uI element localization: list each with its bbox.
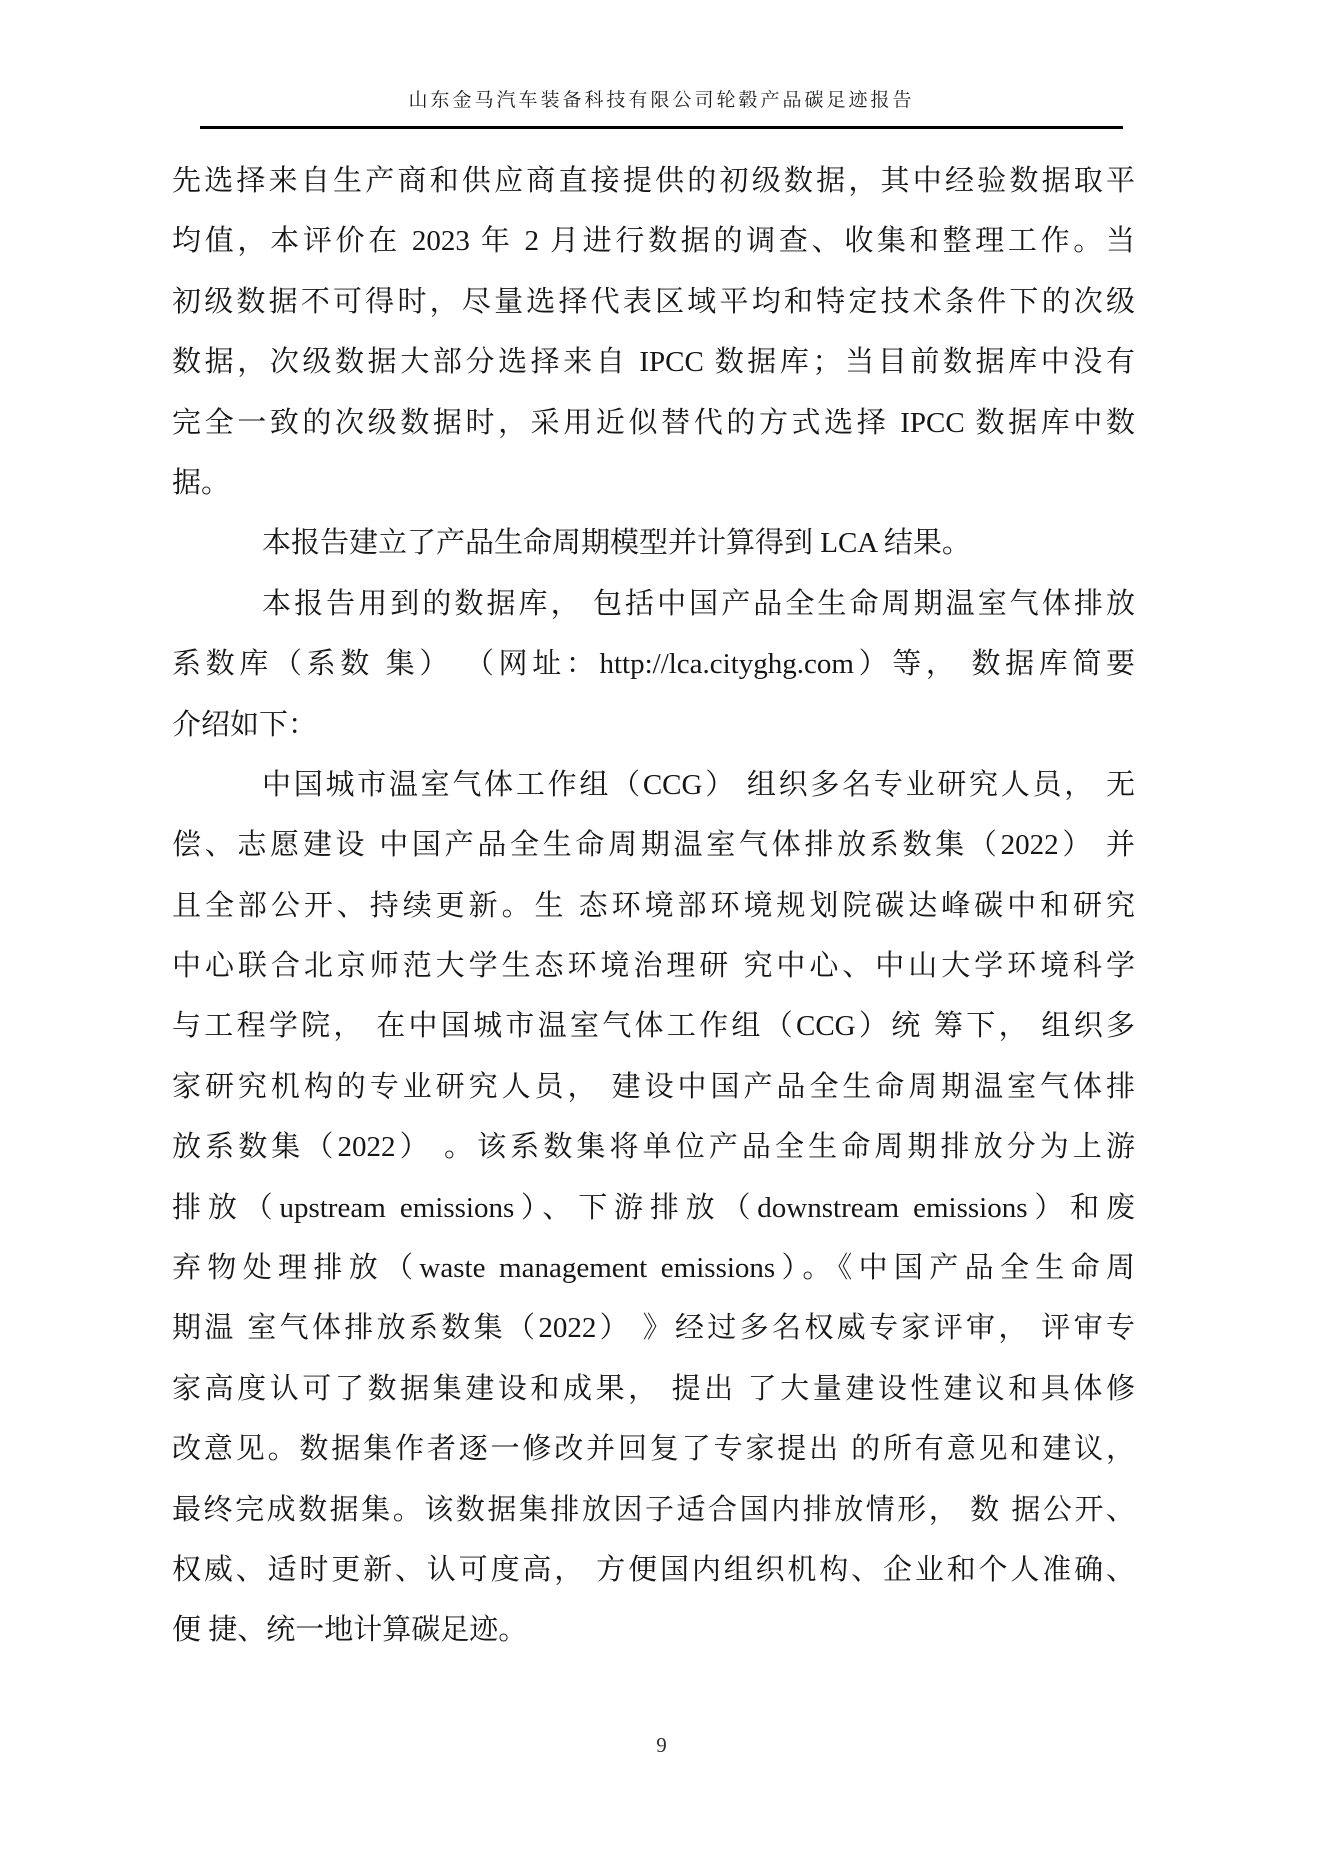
body-line: 中心联合北京师范大学生态环境治理研 究中心、中山大学环境科学 bbox=[172, 936, 1135, 996]
paragraph: 中国城市温室气体工作组（CCG） 组织多名专业研究人员， 无偿、志愿建设 中国产… bbox=[172, 755, 1135, 1661]
body-line: 系数库（系数 集） （网址：http://lca.cityghg.com）等， … bbox=[172, 634, 1135, 694]
header-divider bbox=[200, 126, 1123, 129]
body-line: 数据，次级数据大部分选择来自 IPCC 数据库；当目前数据库中没有 bbox=[172, 332, 1135, 392]
body-line: 弃物处理排放（waste management emissions）。《中国产品… bbox=[172, 1238, 1135, 1298]
paragraph: 先选择来自生产商和供应商直接提供的初级数据，其中经验数据取平均值，本评价在 20… bbox=[172, 151, 1135, 513]
body-line: 且全部公开、持续更新。生 态环境部环境规划院碳达峰碳中和研究 bbox=[172, 876, 1135, 936]
page-number: 9 bbox=[0, 1733, 1323, 1758]
body-line: 介绍如下： bbox=[172, 695, 1135, 755]
paragraph: 本报告用到的数据库， 包括中国产品全生命周期温室气体排放系数库（系数 集） （网… bbox=[172, 574, 1135, 755]
body-line: 本报告用到的数据库， 包括中国产品全生命周期温室气体排放 bbox=[172, 574, 1135, 634]
body-line: 改意见。数据集作者逐一修改并回复了专家提出 的所有意见和建议， bbox=[172, 1419, 1135, 1479]
document-body: 先选择来自生产商和供应商直接提供的初级数据，其中经验数据取平均值，本评价在 20… bbox=[172, 151, 1135, 1661]
body-line: 与工程学院， 在中国城市温室气体工作组（CCG）统 筹下， 组织多 bbox=[172, 996, 1135, 1056]
body-line: 最终完成数据集。该数据集排放因子适合国内排放情形， 数 据公开、 bbox=[172, 1480, 1135, 1540]
body-line: 家高度认可了数据集建设和成果， 提出 了大量建设性建议和具体修 bbox=[172, 1359, 1135, 1419]
body-line: 家研究机构的专业研究人员， 建设中国产品全生命周期温室气体排 bbox=[172, 1057, 1135, 1117]
body-line: 据。 bbox=[172, 453, 1135, 513]
body-line: 偿、志愿建设 中国产品全生命周期温室气体排放系数集（2022） 并 bbox=[172, 815, 1135, 875]
body-line: 完全一致的次级数据时，采用近似替代的方式选择 IPCC 数据库中数 bbox=[172, 393, 1135, 453]
document-page: 山东金马汽车装备科技有限公司轮毂产品碳足迹报告 先选择来自生产商和供应商直接提供… bbox=[0, 0, 1323, 1871]
body-line: 本报告建立了产品生命周期模型并计算得到 LCA 结果。 bbox=[172, 513, 1135, 573]
body-line: 期温 室气体排放系数集（2022） 》经过多名权威专家评审， 评审专 bbox=[172, 1298, 1135, 1358]
header-title: 山东金马汽车装备科技有限公司轮毂产品碳足迹报告 bbox=[0, 85, 1323, 112]
body-line: 排放（upstream emissions）、下游排放（downstream e… bbox=[172, 1178, 1135, 1238]
body-line: 权威、适时更新、认可度高， 方便国内组织机构、企业和个人准确、 bbox=[172, 1540, 1135, 1600]
body-line: 先选择来自生产商和供应商直接提供的初级数据，其中经验数据取平 bbox=[172, 151, 1135, 211]
body-line: 便 捷、统一地计算碳足迹。 bbox=[172, 1600, 1135, 1660]
paragraph: 本报告建立了产品生命周期模型并计算得到 LCA 结果。 bbox=[172, 513, 1135, 573]
body-line: 均值，本评价在 2023 年 2 月进行数据的调查、收集和整理工作。当 bbox=[172, 211, 1135, 271]
body-line: 初级数据不可得时，尽量选择代表区域平均和特定技术条件下的次级 bbox=[172, 272, 1135, 332]
body-line: 放系数集（2022） 。该系数集将单位产品全生命周期排放分为上游 bbox=[172, 1117, 1135, 1177]
body-line: 中国城市温室气体工作组（CCG） 组织多名专业研究人员， 无 bbox=[172, 755, 1135, 815]
